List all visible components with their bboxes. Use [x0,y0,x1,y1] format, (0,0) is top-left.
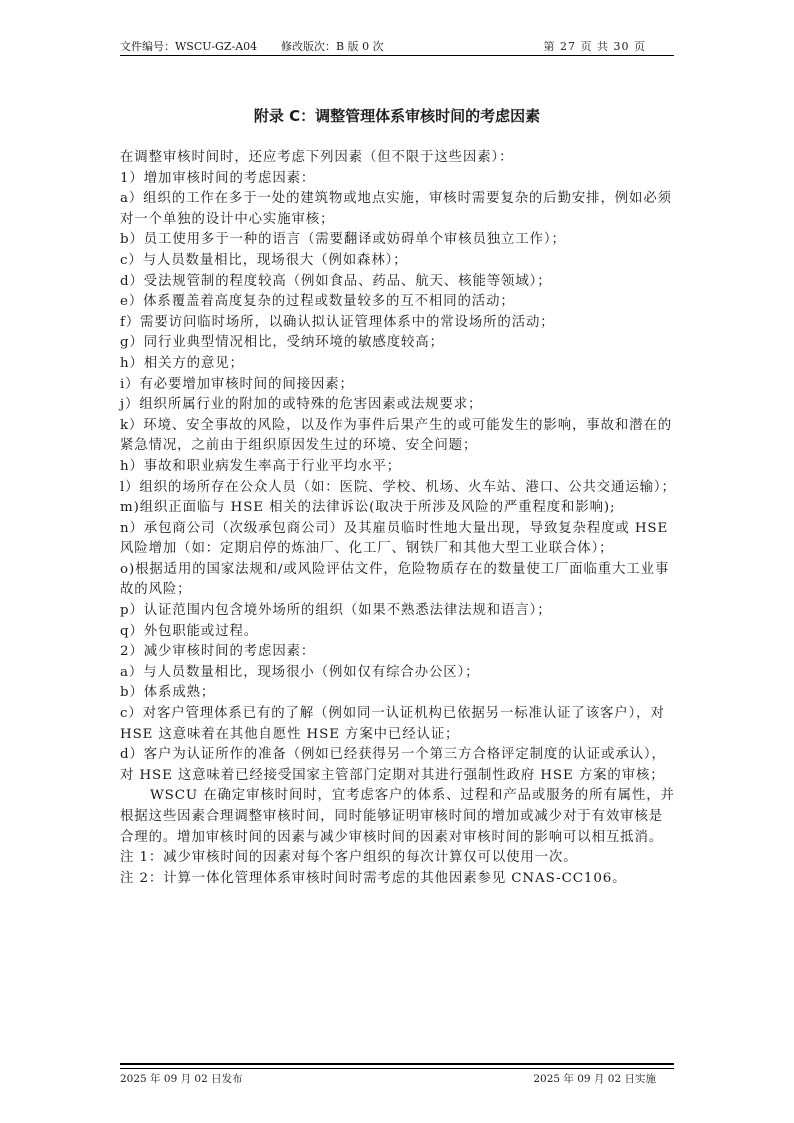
summary-paragraph: WSCU 在确定审核时间时，宜考虑客户的体系、过程和产品或服务的所有属性，并根据… [120,786,676,848]
paragraph: 1）增加审核时间的考虑因素： [120,169,676,190]
note-1: 注 1：减少审核时间的因素对每个客户组织的每次计算仅可以使用一次。 [120,848,676,869]
paragraph: i）有必要增加审核时间的间接因素； [120,375,676,396]
page-header: 文件编号：WSCU-GZ-A04 修改版次：B 版 0 次 第 27 页 共 3… [120,37,674,56]
document-number: 文件编号：WSCU-GZ-A04 [120,38,257,54]
paragraph: j）组织所属行业的附加的或特殊的危害因素或法规要求； [120,395,676,416]
paragraph: c）与人员数量相比，现场很大（例如森林）； [120,251,676,272]
page-info: 第 27 页 共 30 页 [544,38,646,54]
paragraph: 在调整审核时间时，还应考虑下列因素（但不限于这些因素）： [120,148,676,169]
document-body: 在调整审核时间时，还应考虑下列因素（但不限于这些因素）： 1）增加审核时间的考虑… [120,148,676,889]
paragraph: d）客户为认证所作的准备（例如已经获得另一个第三方合格评定制度的认证或承认），对… [120,745,676,786]
implementation-date: 2025 年 09 月 02 日实施 [533,1071,656,1086]
revision-info: 修改版次：B 版 0 次 [281,38,384,54]
paragraph: b）员工使用多于一种的语言（需要翻译或妨碍单个审核员独立工作）； [120,230,676,251]
paragraph: n）承包商公司（次级承包商公司）及其雇员临时性地大量出现，导致复杂程度或 HSE… [120,519,676,560]
paragraph: q）外包职能或过程。 [120,622,676,643]
paragraph: m)组织正面临与 HSE 相关的法律诉讼(取决于所涉及风险的严重程度和影响); [120,498,676,519]
publish-date: 2025 年 09 月 02 日发布 [120,1071,243,1086]
paragraph: e）体系覆盖着高度复杂的过程或数量较多的互不相同的活动； [120,292,676,313]
paragraph: o)根据适用的国家法规和/或风险评估文件，危险物质存在的数量使工厂面临重大工业事… [120,560,676,601]
paragraph: k）环境、安全事故的风险，以及作为事件后果产生的或可能发生的影响，事故和潜在的紧… [120,416,676,457]
footer-divider [120,1063,674,1069]
paragraph: a）组织的工作在多于一处的建筑物或地点实施，审核时需要复杂的后勤安排，例如必须对… [120,189,676,230]
paragraph: l）组织的场所存在公众人员（如：医院、学校、机场、火车站、港口、公共交通运输）； [120,478,676,499]
note-2: 注 2：计算一体化管理体系审核时间时需考虑的其他因素参见 CNAS-CC106。 [120,869,676,890]
paragraph: h）相关方的意见； [120,354,676,375]
paragraph: c）对客户管理体系已有的了解（例如同一认证机构已依据另一标准认证了该客户），对 … [120,704,676,745]
paragraph: p）认证范围内包含境外场所的组织（如果不熟悉法律法规和语言）； [120,601,676,622]
paragraph: 2）减少审核时间的考虑因素： [120,642,676,663]
paragraph: f）需要访问临时场所，以确认拟认证管理体系中的常设场所的活动； [120,313,676,334]
paragraph: h）事故和职业病发生率高于行业平均水平； [120,457,676,478]
paragraph: d）受法规管制的程度较高（例如食品、药品、航天、核能等领域）； [120,272,676,293]
paragraph: a）与人员数量相比，现场很小（例如仅有综合办公区）； [120,663,676,684]
paragraph: g）同行业典型情况相比，受纳环境的敏感度较高； [120,333,676,354]
page-title: 附录 C：调整管理体系审核时间的考虑因素 [0,105,794,126]
paragraph: b）体系成熟； [120,683,676,704]
